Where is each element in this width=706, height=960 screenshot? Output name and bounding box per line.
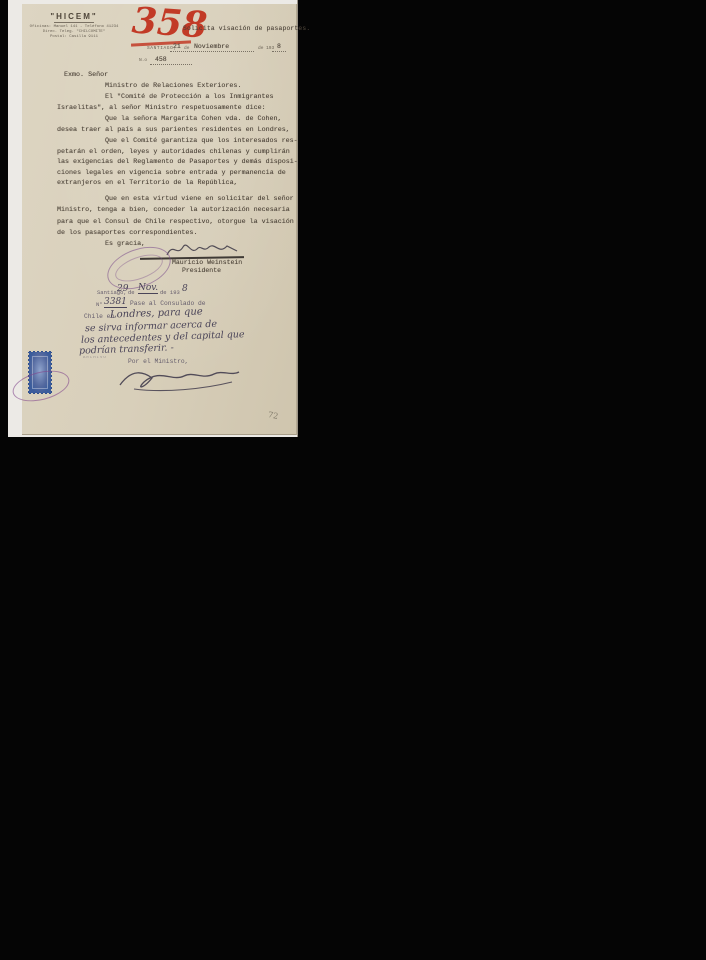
- annotation-number-value: 3381: [104, 297, 127, 308]
- body-line: las exigencias del Reglamento de Pasapor…: [57, 157, 295, 168]
- body-line: ciones legales en vigencia sobre entrada…: [57, 168, 295, 179]
- body-line: desea traer al país a sus parientes resi…: [57, 125, 295, 136]
- signatory-name: Mauricio Weinstein: [172, 259, 242, 266]
- body-line: Que la señora Margarita Cohen vda. de Co…: [57, 114, 295, 125]
- body-line: Ministro, tenga a bien, conceder la auto…: [57, 205, 295, 216]
- scanned-letter-page: "HICEM" Oficinas: Manuel 141 - Teléfono …: [0, 0, 706, 960]
- annotation-month: Nov.: [138, 283, 158, 294]
- body-line: para que el Consul de Chile respectivo, …: [57, 217, 295, 228]
- subject-line: Solicita visación de pasaportes.: [183, 25, 310, 32]
- pencil-folio-number: 72: [267, 410, 279, 421]
- letterhead-rule: [54, 22, 94, 23]
- number-fill-rule: [150, 57, 192, 65]
- letterhead-address-3: Postal: Casilla 9111: [28, 35, 120, 40]
- letterhead-org-name: "HICEM": [28, 12, 120, 21]
- body-line: Que el Comité garantiza que los interesa…: [57, 136, 295, 147]
- letterhead: "HICEM" Oficinas: Manuel 141 - Teléfono …: [28, 12, 120, 39]
- red-file-number: 358: [131, 0, 209, 47]
- date-fill-rule: [170, 44, 254, 52]
- number-label: N.o: [139, 58, 147, 63]
- archive-stamp: ARCHIVO: [83, 356, 107, 360]
- body-line: Que en esta virtud viene en solicitar de…: [57, 194, 295, 205]
- paragraph-2: Que la señora Margarita Cohen vda. de Co…: [57, 114, 295, 135]
- body-line: El "Comité de Protección a los Inmigrant…: [57, 92, 295, 103]
- minister-signature: [112, 362, 246, 396]
- paragraph-3: Que el Comité garantiza que los interesa…: [57, 136, 295, 189]
- annotation-de: de: [128, 289, 135, 296]
- body-line: petarán el orden, leyes y autoridades ch…: [57, 147, 295, 158]
- annotation-year-digit: 8: [182, 284, 188, 294]
- signatory-title: Presidente: [182, 267, 221, 274]
- paragraph-4: Que en esta virtud viene en solicitar de…: [57, 194, 295, 239]
- salutation-honorific: Exmo. Señor: [64, 70, 108, 81]
- salutation-addressee: Ministro de Relaciones Exteriores.: [105, 81, 241, 92]
- body-line: extranjeros en el Territorio de la Repúb…: [57, 178, 295, 189]
- paragraph-1: El "Comité de Protección a los Inmigrant…: [57, 92, 295, 113]
- annotation-year-prefix: de 193: [160, 289, 180, 296]
- body-line: Israelitas", al señor Ministro respetuos…: [57, 103, 295, 114]
- annotation-number-label: N°: [96, 301, 103, 308]
- annotation-day: 29: [117, 284, 128, 294]
- year-fill-rule: [272, 44, 286, 52]
